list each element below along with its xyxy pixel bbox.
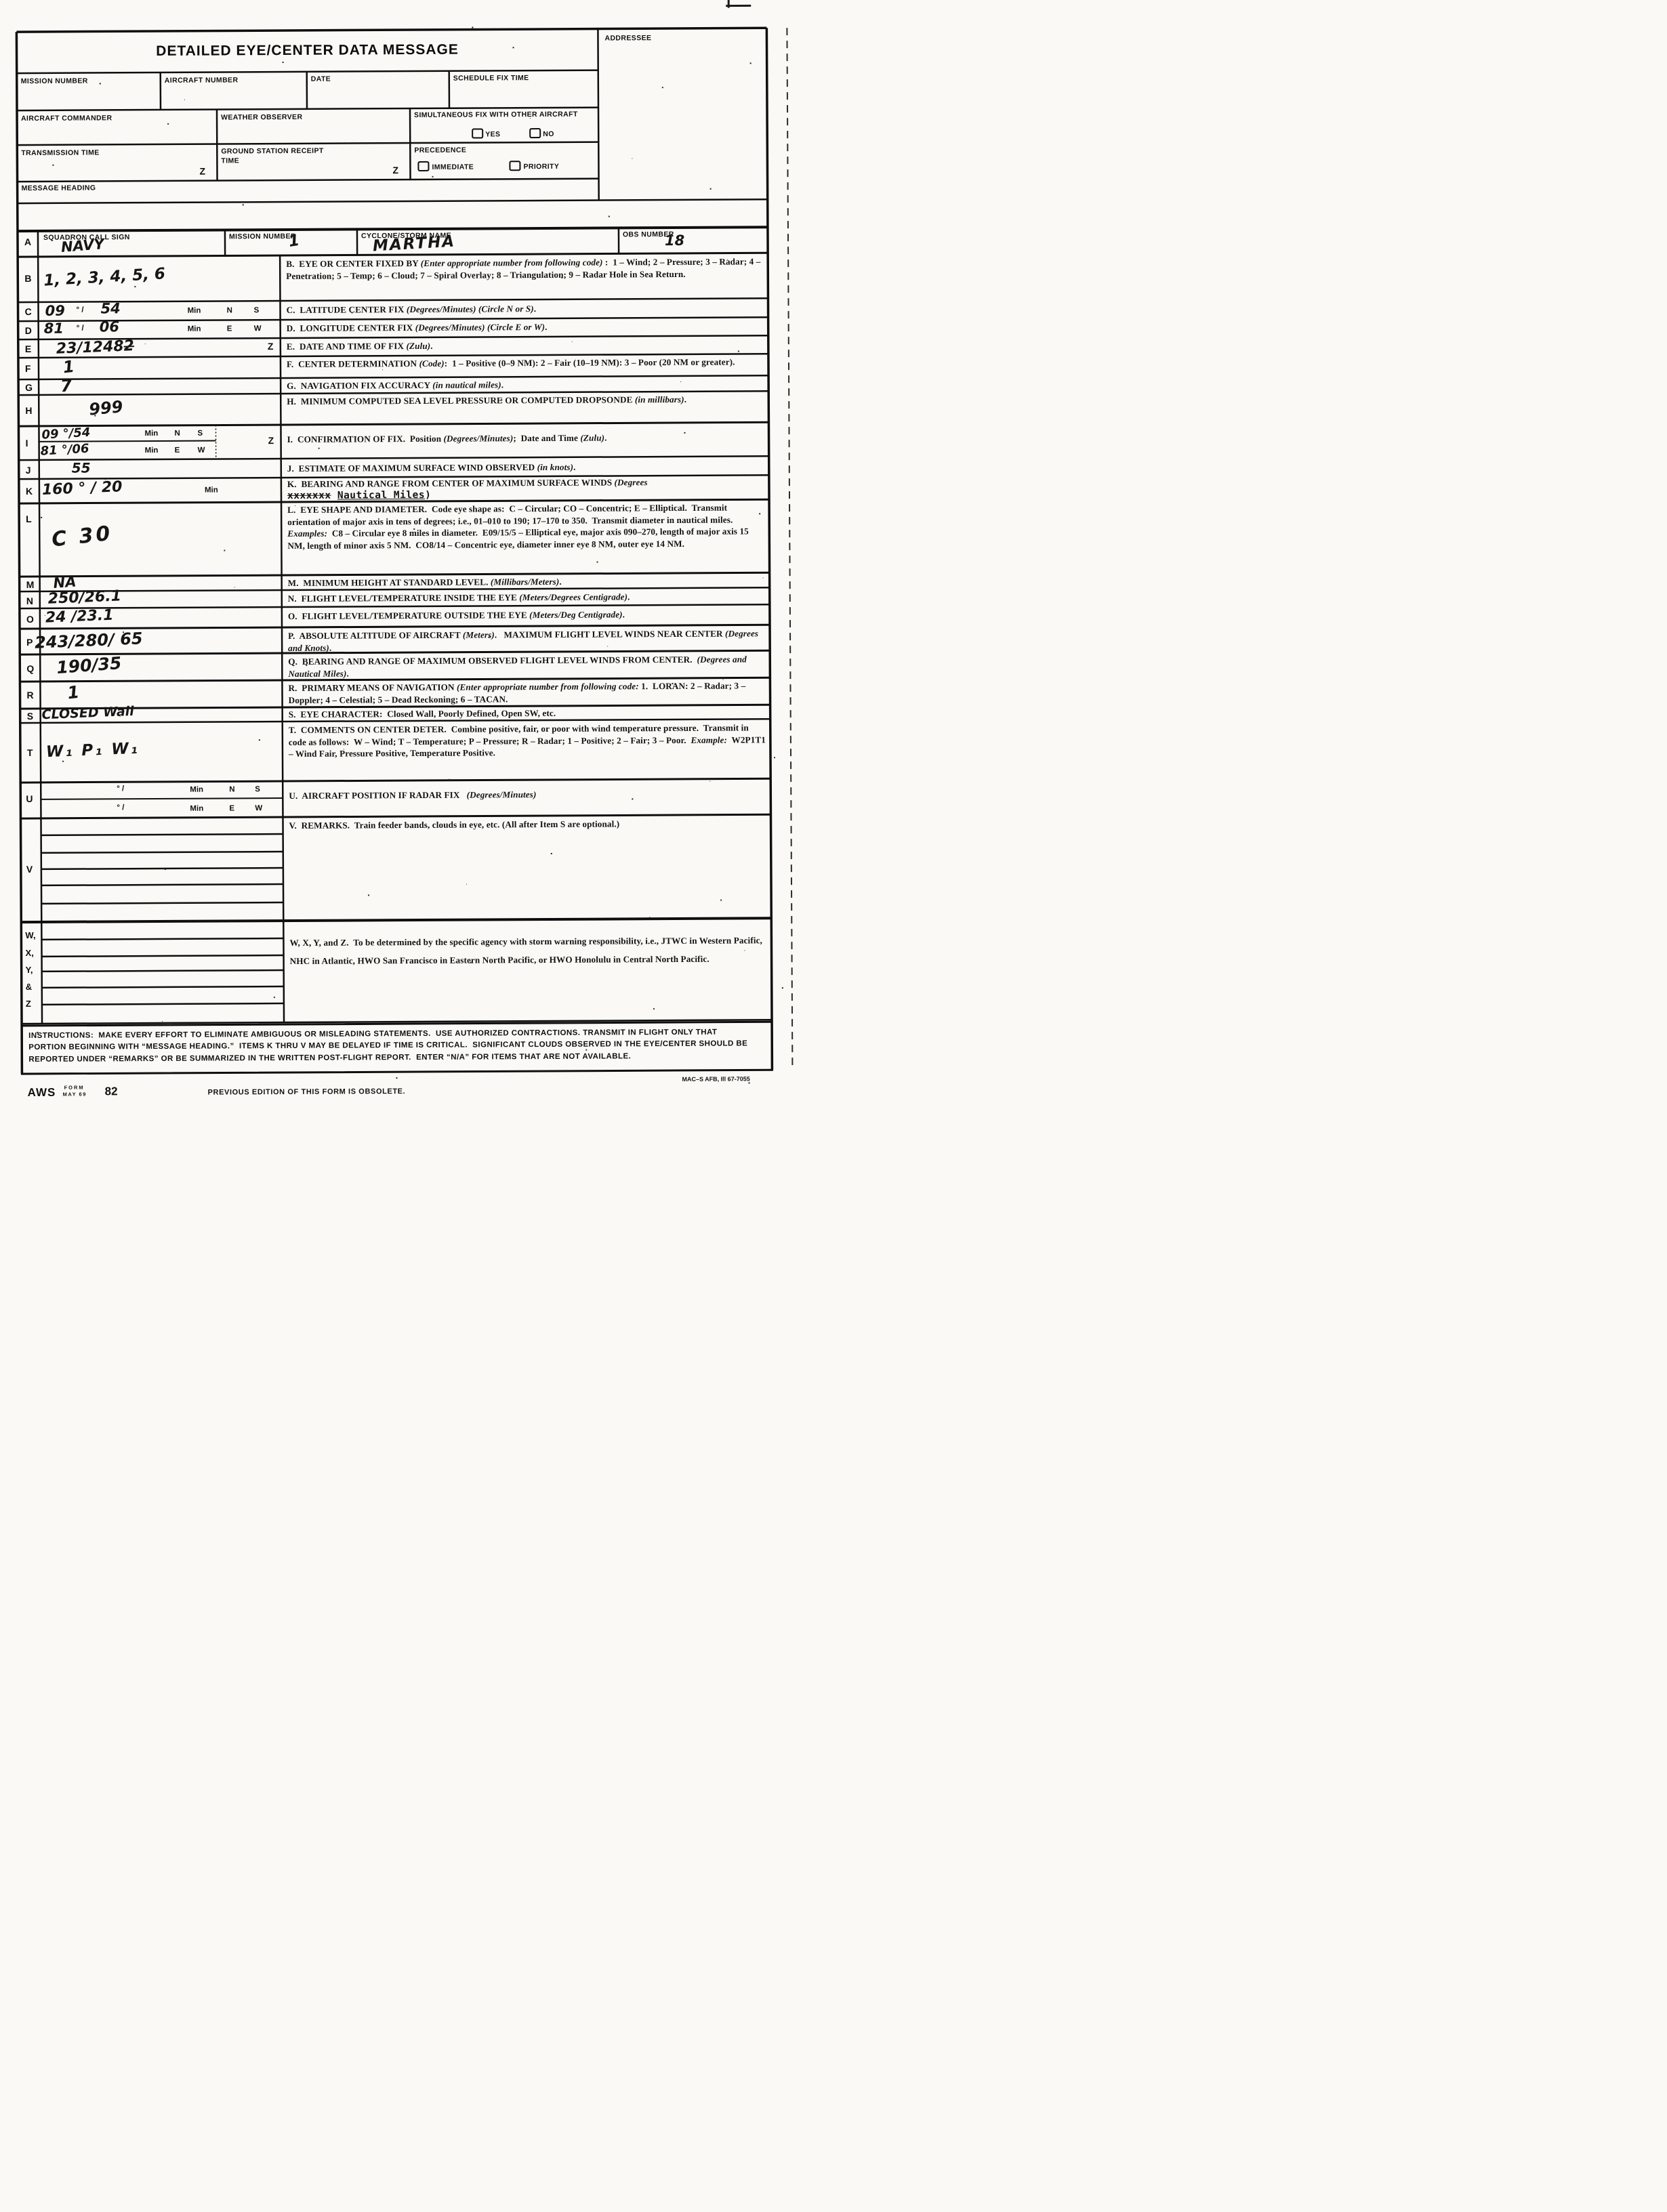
row-letter-g: G	[25, 382, 33, 393]
instructions-text: INSTRUCTIONS: MAKE EVERY EFFORT TO ELIMI…	[28, 1026, 751, 1066]
desc-v: V. REMARKS. Train feeder bands, clouds i…	[289, 817, 767, 831]
row-letter-y: Y,	[26, 965, 33, 975]
aircraft-number-label: AIRCRAFT NUMBER	[165, 76, 239, 85]
simultaneous-fix-label: SIMULTANEOUS FIX WITH OTHER AIRCRAFT	[414, 110, 592, 121]
entry-m-handwritten: NA	[53, 575, 77, 590]
hemisphere-w-u: W	[255, 804, 262, 812]
desc-i: I. CONFIRMATION OF FIX. Position (Degree…	[287, 431, 766, 445]
desc-c: C. LATITUDE CENTER FIX (Degrees/Minutes)…	[287, 301, 765, 316]
mission-number-label: MISSION NUMBER	[21, 77, 88, 87]
row-letter-d: D	[25, 325, 32, 336]
row-letter-f: F	[25, 363, 31, 374]
no-checkbox-label: NO	[543, 130, 554, 140]
footer-print-code: MAC–S AFB, Ill 67-7055	[682, 1075, 749, 1083]
row-letter-w: W,	[25, 930, 35, 940]
hemisphere-e-i: E	[175, 446, 180, 455]
entry-t-handwritten: W₁ P₁ W₁	[46, 741, 140, 761]
hemisphere-s-u: S	[255, 785, 260, 793]
hemisphere-n-u: N	[229, 785, 234, 793]
immediate-checkbox-label: IMMEDIATE	[432, 163, 474, 173]
row-letter-x: X,	[25, 948, 33, 958]
row-letter-p: P	[26, 637, 33, 648]
entry-s-handwritten: CLOSED Wall	[41, 705, 134, 722]
footer-obsolete-note: PREVIOUS EDITION OF THIS FORM IS OBSOLET…	[208, 1087, 406, 1097]
desc-q: Q. BEARING AND RANGE OF MAXIMUM OBSERVED…	[288, 653, 766, 680]
degree-slash-u1: ° /	[117, 785, 124, 793]
desc-r: R. PRIMARY MEANS OF NAVIGATION (Enter ap…	[288, 680, 766, 706]
min-label-k: Min	[205, 486, 218, 495]
hemisphere-e-u: E	[229, 804, 234, 812]
desc-f: F. CENTER DETERMINATION (Code): 1 – Posi…	[287, 356, 765, 370]
entry-r-handwritten: 1	[66, 684, 80, 702]
entry-c-minutes: 54	[100, 301, 120, 316]
yes-checkbox-label: YES	[485, 130, 500, 140]
hemisphere-s-i: S	[197, 430, 203, 438]
hemisphere-s-c: S	[254, 306, 260, 314]
hemisphere-e-d: E	[227, 325, 232, 333]
weather-observer-label: WEATHER OBSERVER	[221, 113, 302, 123]
row-letter-j: J	[26, 465, 31, 476]
footer-form-number: 82	[105, 1085, 118, 1098]
degree-slash-d: ° /	[77, 325, 84, 333]
row-letter-h: H	[25, 405, 32, 416]
row-letter-i: I	[26, 438, 28, 448]
obs-number-entry: 18	[665, 234, 684, 248]
entry-q-handwritten: 190/35	[56, 654, 122, 676]
hemisphere-w-i: W	[198, 446, 205, 455]
desc-m: M. MINIMUM HEIGHT AT STANDARD LEVEL. (Mi…	[288, 575, 766, 589]
priority-checkbox-label: PRIORITY	[523, 163, 559, 172]
squadron-call-sign-entry: NAVY	[60, 237, 104, 255]
mission-number-entry: 1	[287, 233, 300, 250]
entry-e-handwritten: 23/12482	[56, 339, 134, 357]
row-letter-n: N	[26, 596, 33, 606]
entry-h-handwritten: 999	[88, 398, 123, 418]
footer-form-word: FORM	[64, 1085, 85, 1091]
min-label-d: Min	[188, 325, 201, 333]
entry-d-minutes: 06	[100, 320, 119, 334]
row-letter-t: T	[27, 747, 33, 758]
row-letter-s: S	[27, 711, 33, 722]
row-letter-o: O	[26, 614, 34, 625]
min-label-c: Min	[188, 307, 201, 315]
row-letter-k: K	[26, 486, 33, 497]
mission-number-a-label: MISSION NUMBER	[229, 232, 296, 242]
desc-d: D. LONGITUDE CENTER FIX (Degrees/Minutes…	[287, 320, 765, 334]
entry-j-handwritten: 55	[72, 461, 91, 475]
desc-h: H. MINIMUM COMPUTED SEA LEVEL PRESSURE O…	[287, 393, 765, 407]
desc-j: J. ESTIMATE OF MAXIMUM SURFACE WIND OBSE…	[287, 460, 766, 474]
desc-o: O. FLIGHT LEVEL/TEMPERATURE OUTSIDE THE …	[288, 608, 766, 622]
footer-form-date: MAY 69	[63, 1091, 87, 1098]
desc-g: G. NAVIGATION FIX ACCURACY (in nautical …	[287, 377, 765, 392]
entry-g-handwritten: 7	[60, 377, 73, 394]
row-letter-r: R	[26, 690, 33, 701]
date-label: DATE	[311, 75, 331, 85]
entry-e-struck-digit: 2	[123, 337, 134, 355]
aircraft-commander-label: AIRCRAFT COMMANDER	[21, 114, 112, 123]
entry-o-handwritten: 24 /23.1	[45, 608, 114, 626]
row-letter-c: C	[25, 306, 32, 317]
desc-l: L. EYE SHAPE AND DIAMETER. Code eye shap…	[287, 501, 766, 551]
min-label-i2: Min	[145, 446, 159, 455]
entry-c-degrees: 09	[45, 304, 64, 318]
row-letter-a: A	[24, 236, 31, 247]
entry-k-handwritten: 160 ° / 20	[42, 480, 123, 498]
hemisphere-n-i: N	[174, 430, 180, 438]
transmission-zulu-suffix: Z	[199, 166, 205, 177]
row-letter-v: V	[26, 864, 33, 875]
desc-wxyz: W, X, Y, and Z. To be determined by the …	[289, 931, 764, 970]
min-label-i1: Min	[144, 430, 158, 438]
row-letter-ampersand: &	[26, 982, 32, 992]
desc-t: T. COMMENTS ON CENTER DETER. Combine pos…	[289, 722, 767, 760]
ground-zulu-suffix: Z	[392, 165, 398, 175]
form-title: DETAILED EYE/CENTER DATA MESSAGE	[16, 41, 598, 60]
desc-b: B. EYE OR CENTER FIXED BY (Enter appropr…	[286, 255, 764, 282]
hemisphere-w-d: W	[254, 325, 262, 333]
entry-d-degrees: 81	[44, 322, 64, 336]
desc-n: N. FLIGHT LEVEL/TEMPERATURE INSIDE THE E…	[288, 590, 766, 604]
min-label-u1: Min	[190, 786, 203, 794]
scanned-form-sheet: DETAILED EYE/CENTER DATA MESSAGE ADDRESS…	[0, 0, 833, 1106]
row-letter-b: B	[24, 273, 31, 284]
row-letter-z: Z	[26, 999, 31, 1009]
precedence-label: PRECEDENCE	[414, 146, 466, 156]
row-letter-q: Q	[26, 663, 34, 674]
row-letter-l: L	[26, 514, 32, 524]
addressee-label: ADDRESSEE	[604, 34, 651, 43]
desc-p: P. ABSOLUTE ALTITUDE OF AIRCRAFT (Meters…	[288, 627, 766, 654]
min-label-u2: Min	[190, 805, 203, 813]
ground-station-label: GROUND STATION RECEIPT TIME	[221, 147, 343, 166]
footer-aws: AWS	[28, 1086, 56, 1100]
desc-e: E. DATE AND TIME OF FIX (Zulu).	[287, 338, 765, 352]
degree-slash-c: ° /	[77, 306, 84, 314]
schedule-fix-time-label: SCHEDULE FIX TIME	[453, 74, 529, 83]
zulu-suffix-e: Z	[268, 341, 274, 352]
entry-f-handwritten: 1	[62, 358, 75, 376]
message-heading-label: MESSAGE HEADING	[22, 184, 96, 193]
entry-i-lon: 81 °/06	[40, 443, 89, 458]
row-letter-u: U	[26, 793, 33, 804]
entry-i-lat: 09 °/54	[41, 427, 91, 442]
row-letter-e: E	[25, 343, 31, 354]
degree-slash-u2: ° /	[117, 804, 124, 812]
desc-u: U. AIRCRAFT POSITION IF RADAR FIX (Degre…	[289, 787, 767, 801]
row-letter-m: M	[26, 579, 35, 590]
entry-n-handwritten: 250/26.1	[47, 589, 121, 606]
desc-s: S. EYE CHARACTER: Closed Wall, Poorly De…	[289, 706, 767, 720]
entry-p-handwritten: 243/280/ 65	[35, 630, 143, 650]
zulu-suffix-i: Z	[268, 435, 274, 446]
transmission-time-label: TRANSMISSION TIME	[21, 148, 99, 158]
desc-k: K. BEARING AND RANGE FROM CENTER OF MAXI…	[287, 476, 766, 501]
hemisphere-n-c: N	[227, 306, 232, 314]
